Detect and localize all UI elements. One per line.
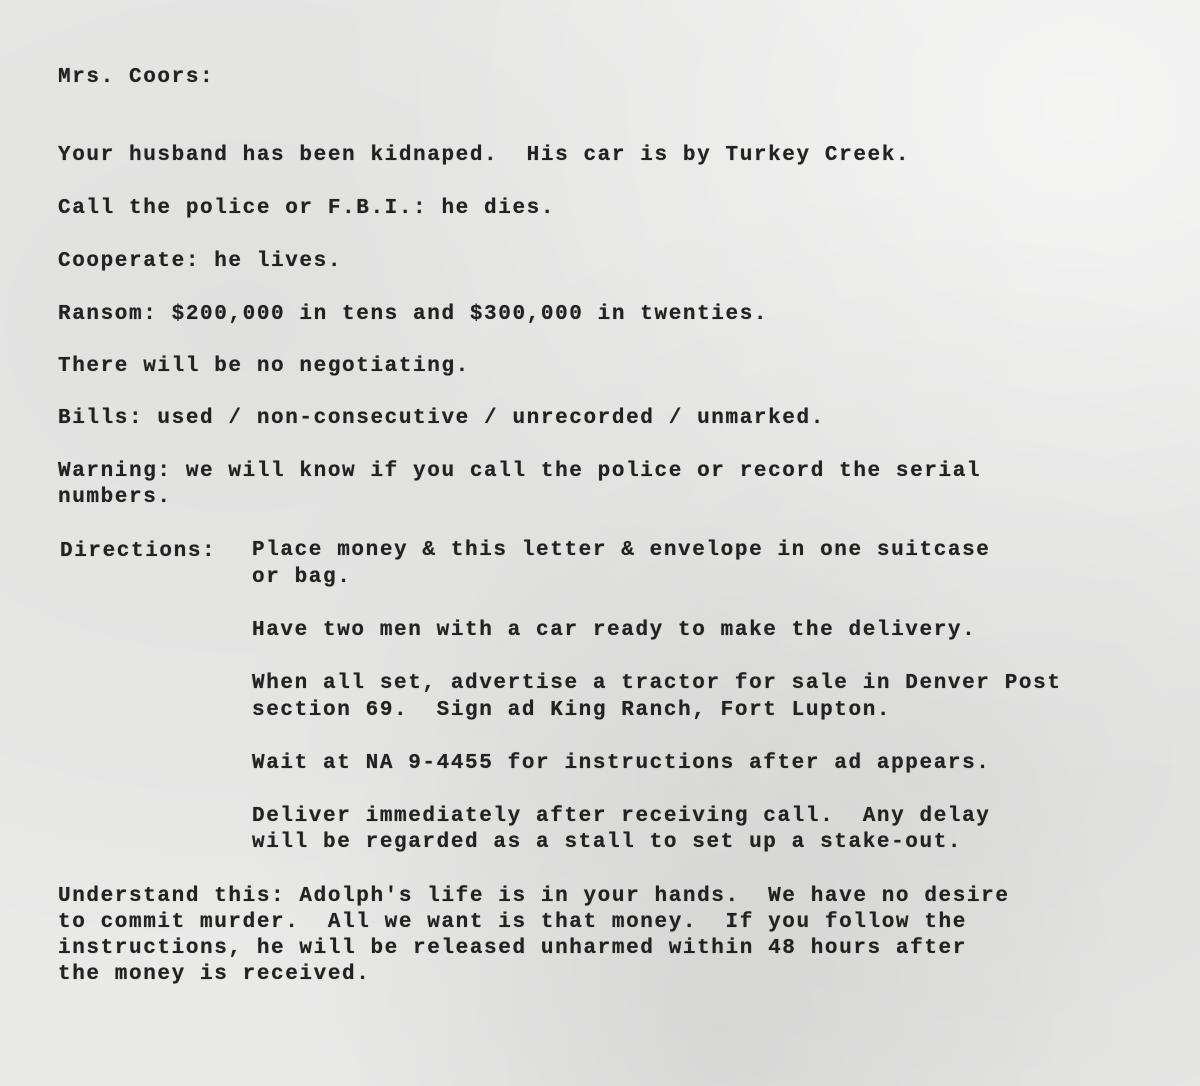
warning-line-1: Warning: we will know if you call the po… [58, 459, 981, 485]
direction-2: Have two men with a car ready to make th… [252, 618, 976, 644]
no-negotiating-line: There will be no negotiating. [58, 354, 470, 380]
ransom-line: Ransom: $200,000 in tens and $300,000 in… [58, 302, 768, 328]
warning-line-2: numbers. [58, 485, 172, 511]
kidnapped-line: Your husband has been kidnaped. His car … [58, 143, 910, 169]
closing-line-4: the money is received. [58, 962, 370, 988]
cooperate-line: Cooperate: he lives. [58, 249, 342, 275]
closing-line-1: Understand this: Adolph's life is in you… [58, 884, 1010, 910]
closing-line-2: to commit murder. All we want is that mo… [58, 910, 967, 936]
directions-label: Directions: [60, 539, 216, 565]
salutation: Mrs. Coors: [58, 65, 214, 91]
call-police-line: Call the police or F.B.I.: he dies. [58, 196, 555, 222]
typed-letter: Mrs. Coors: Your husband has been kidnap… [0, 0, 1200, 1086]
direction-3-line-1: When all set, advertise a tractor for sa… [252, 671, 1062, 697]
direction-5-line-1: Deliver immediately after receiving call… [252, 804, 991, 830]
direction-5-line-2: will be regarded as a stall to set up a … [252, 830, 962, 856]
direction-1-line-1: Place money & this letter & envelope in … [252, 538, 991, 564]
direction-3-line-2: section 69. Sign ad King Ranch, Fort Lup… [252, 698, 891, 724]
bills-line: Bills: used / non-consecutive / unrecord… [58, 406, 825, 432]
direction-4: Wait at NA 9-4455 for instructions after… [252, 751, 991, 777]
closing-line-3: instructions, he will be released unharm… [58, 936, 967, 962]
direction-1-line-2: or bag. [252, 565, 351, 591]
